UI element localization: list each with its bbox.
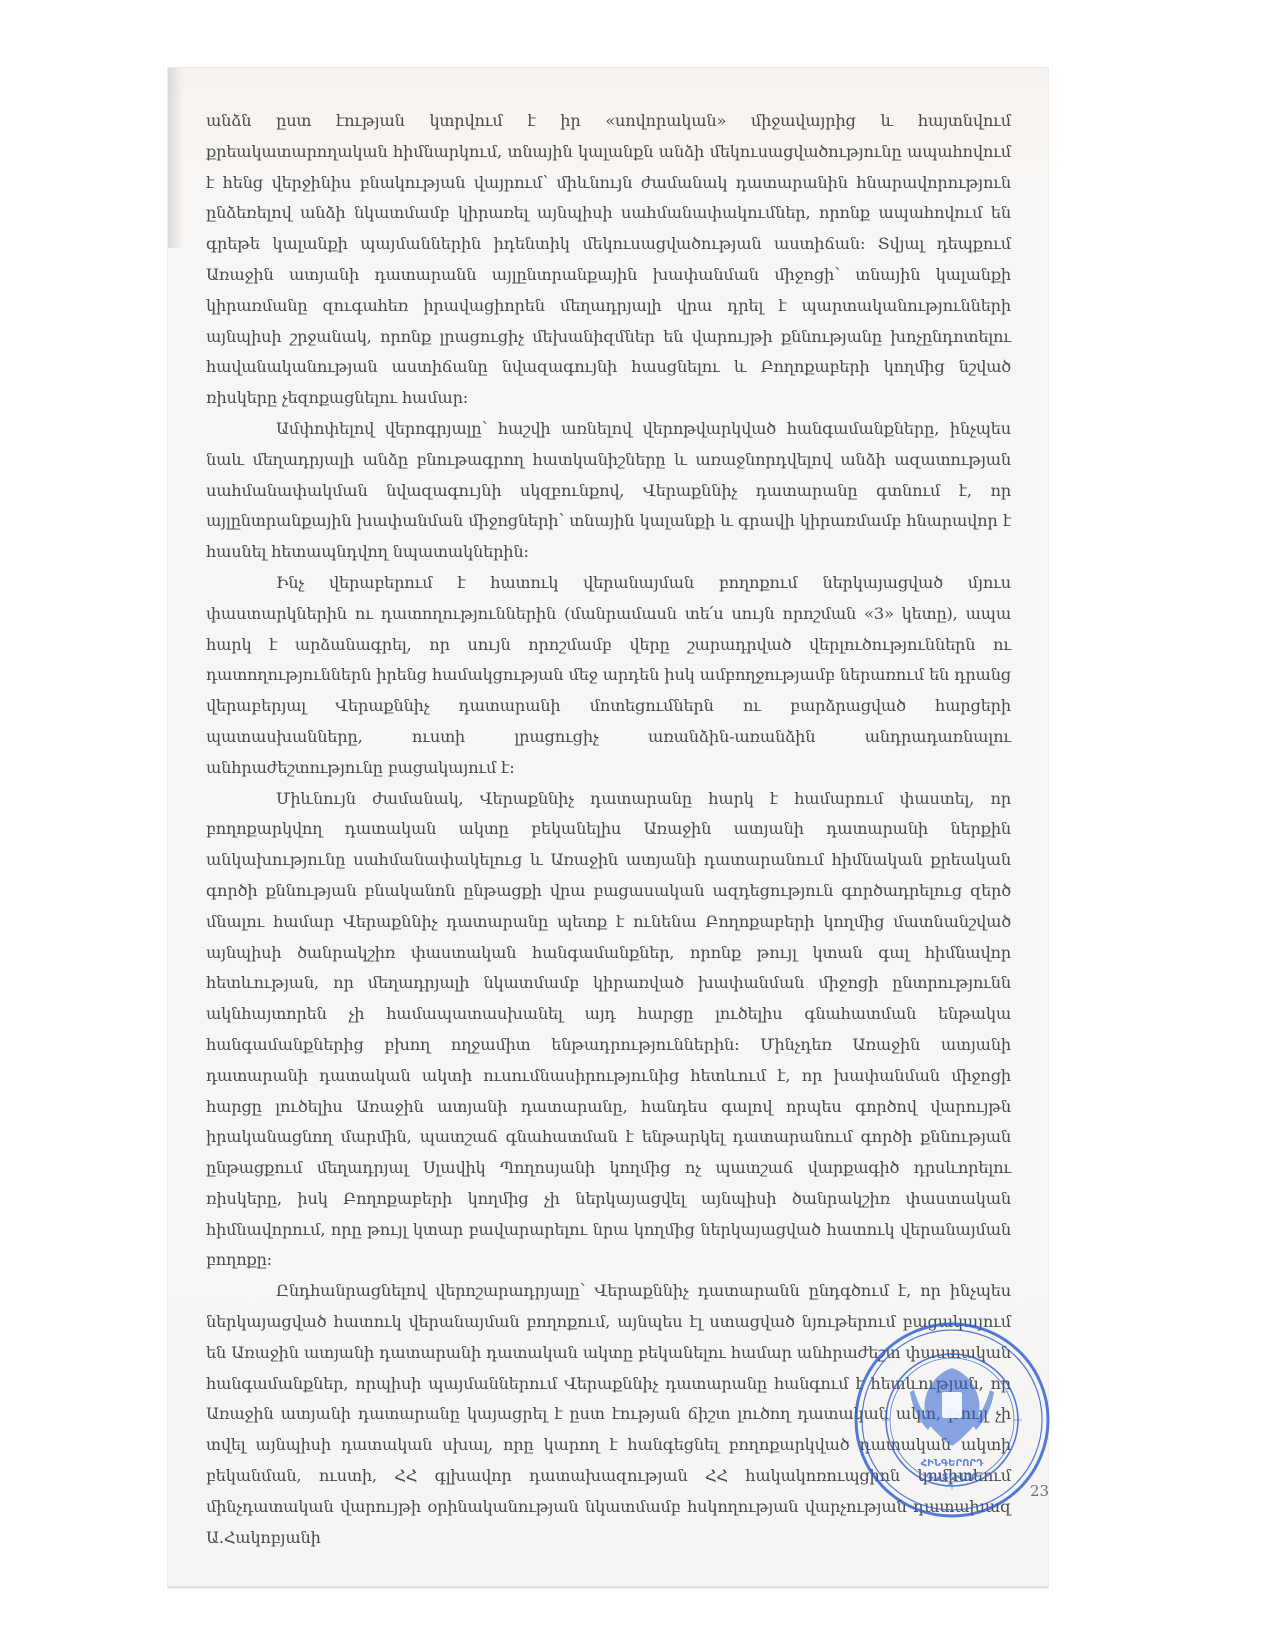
page-number: 23 bbox=[1030, 1482, 1049, 1500]
document-body: անձն ըստ էության կտրվում է իր «սովորական… bbox=[206, 106, 1011, 1553]
paragraph-5: Ընդհանրացնելով վերոշարադրյալը՝ Վերաքննիչ… bbox=[206, 1276, 1011, 1553]
paragraph-2: Ամփոփելով վերոգրյալը՝ հաշվի առնելով վերո… bbox=[206, 414, 1011, 568]
paragraph-4: Միևնույն ժամանակ, Վերաքննիչ դատարանը հար… bbox=[206, 784, 1011, 1277]
paragraph-3: Ինչ վերաբերում է հատուկ վերանայման բողոք… bbox=[206, 568, 1011, 784]
document-page: անձն ըստ էության կտրվում է իր «սովորական… bbox=[168, 68, 1048, 1588]
paragraph-1: անձն ըստ էության կտրվում է իր «սովորական… bbox=[206, 106, 1011, 414]
